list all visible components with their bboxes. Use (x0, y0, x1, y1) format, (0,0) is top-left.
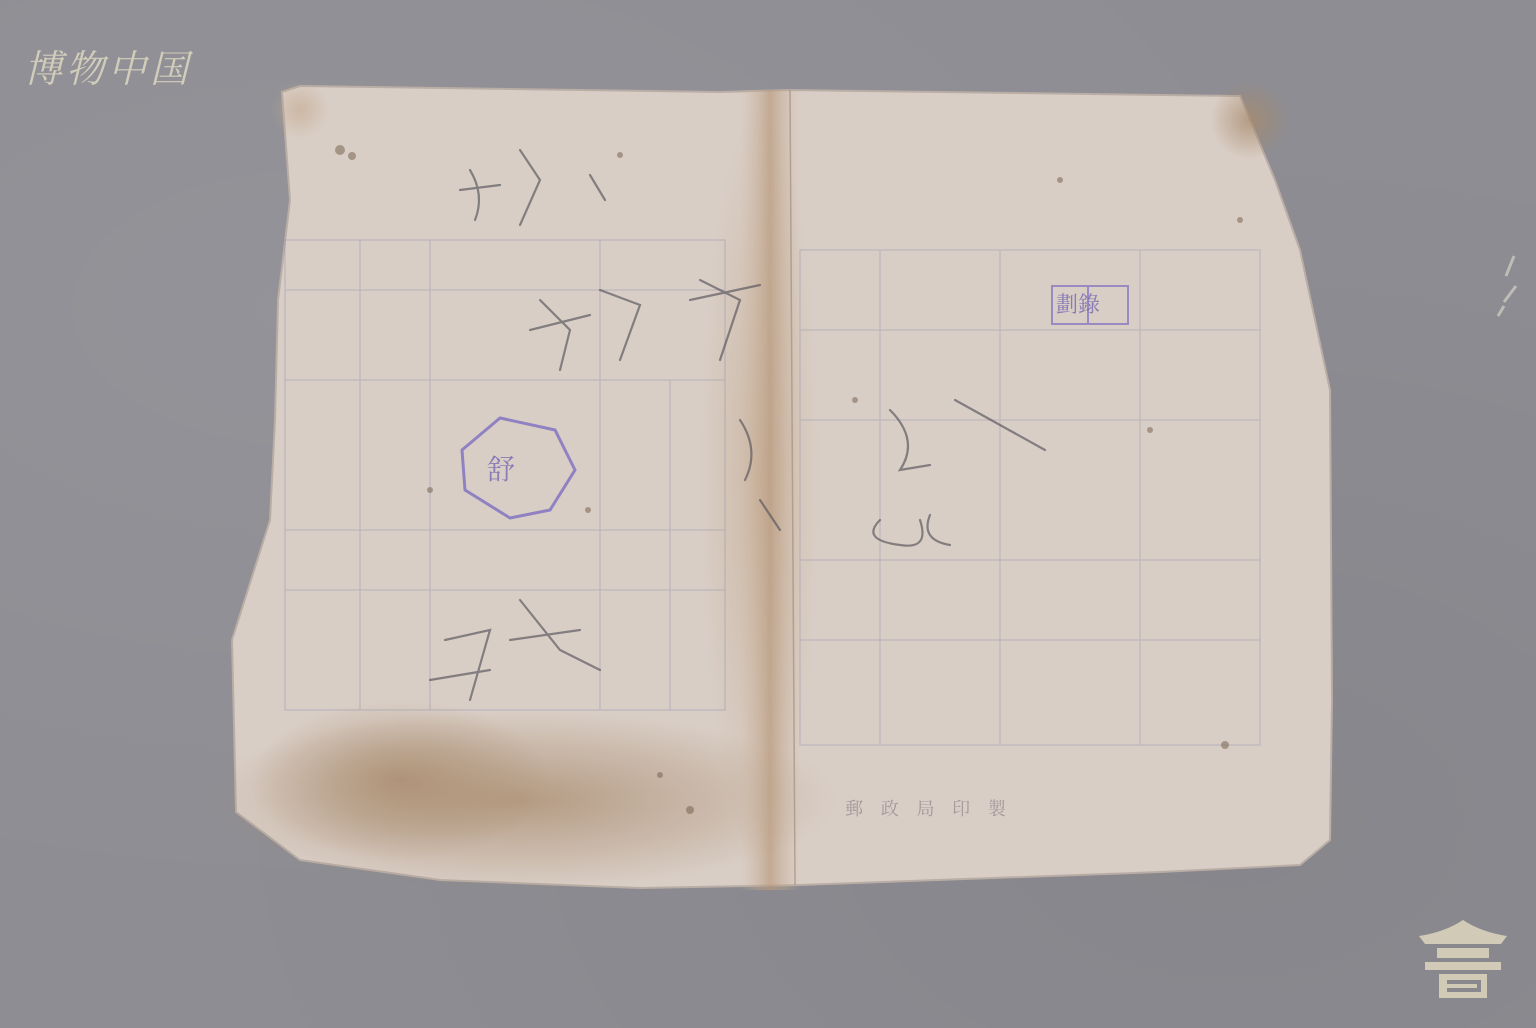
rectangle-stamp-text: 劃錄 (1056, 288, 1100, 319)
pavilion-logo-icon (1415, 918, 1511, 1002)
printed-footer: 郵 政 局 印 製 (845, 795, 1012, 821)
side-watermark-icon (1492, 250, 1532, 320)
aged-document (0, 0, 1536, 1028)
hexagon-stamp-text: 舒 (487, 448, 515, 488)
